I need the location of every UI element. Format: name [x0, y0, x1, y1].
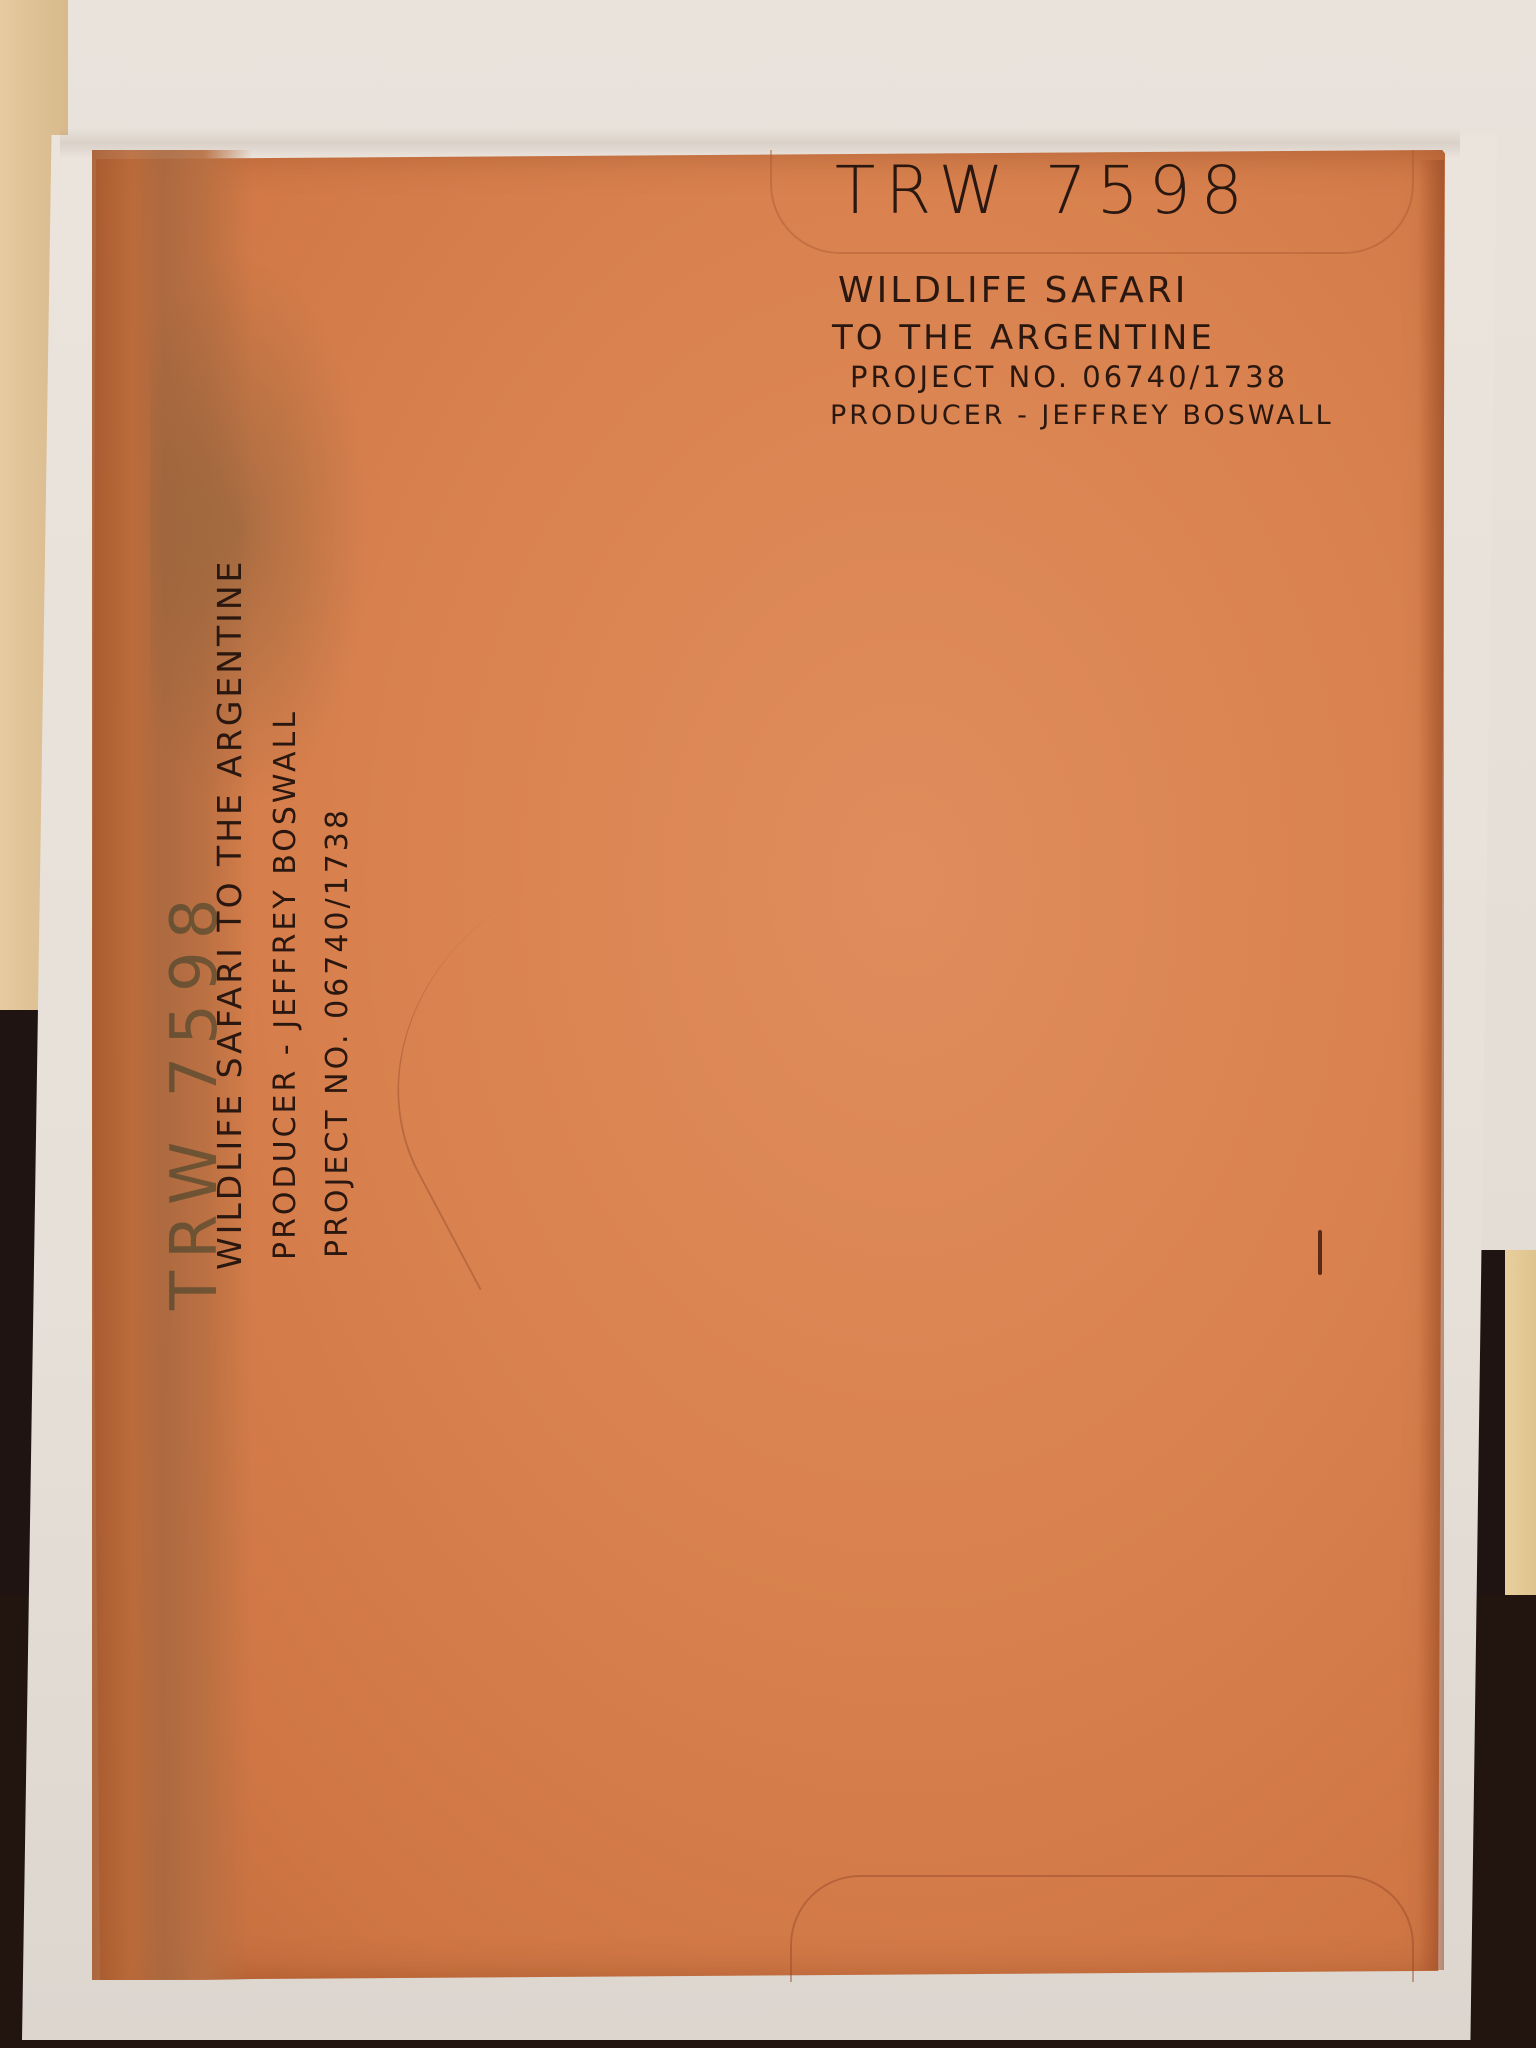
spine-project-number: PROJECT NO. 06740/1738: [320, 807, 355, 1258]
ink-mark: [1318, 1230, 1322, 1275]
folder-bottom-flap: [790, 1875, 1414, 1982]
project-number: PROJECT NO. 06740/1738: [850, 360, 1288, 394]
folder-edge-wear: [1418, 160, 1444, 1970]
producer-name: PRODUCER - JEFFREY BOSWALL: [830, 400, 1334, 431]
water-stain: [150, 250, 370, 810]
title-line-1: WILDLIFE SAFARI: [838, 270, 1188, 311]
catalogue-number: TRW 7598: [835, 152, 1253, 229]
title-line-2: TO THE ARGENTINE: [832, 318, 1215, 358]
spine-producer: PRODUCER - JEFFREY BOSWALL: [268, 709, 303, 1260]
wooden-table-right: [1505, 1250, 1536, 1595]
spine-title: WILDLIFE SAFARI TO THE ARGENTINE: [210, 559, 249, 1270]
